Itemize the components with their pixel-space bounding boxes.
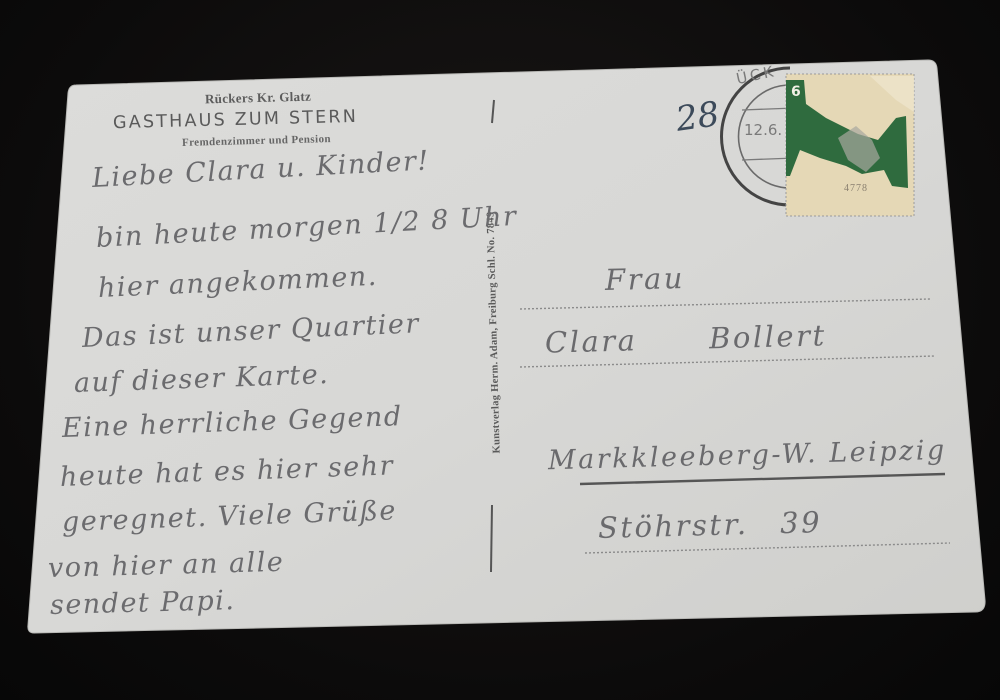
postage-stamp — [786, 74, 914, 216]
message-line: sendet Papi. — [50, 585, 236, 621]
stamp-value: 6 — [791, 84, 801, 100]
stamp-number: 4778 — [844, 183, 868, 194]
address-salutation: Frau — [605, 261, 686, 297]
printed-place: Rückers Kr. Glatz — [205, 89, 311, 108]
divider-line-bottom — [491, 505, 492, 572]
pencil-note: 28 — [673, 94, 721, 140]
photo-scene: Rückers Kr. Glatz GASTHAUS ZUM STERN Fre… — [0, 0, 1000, 700]
address-street: Stöhrstr. 39 — [598, 505, 823, 545]
message-line: von hier an alle — [48, 547, 285, 584]
postmark-date: 12.6. — [744, 121, 782, 139]
